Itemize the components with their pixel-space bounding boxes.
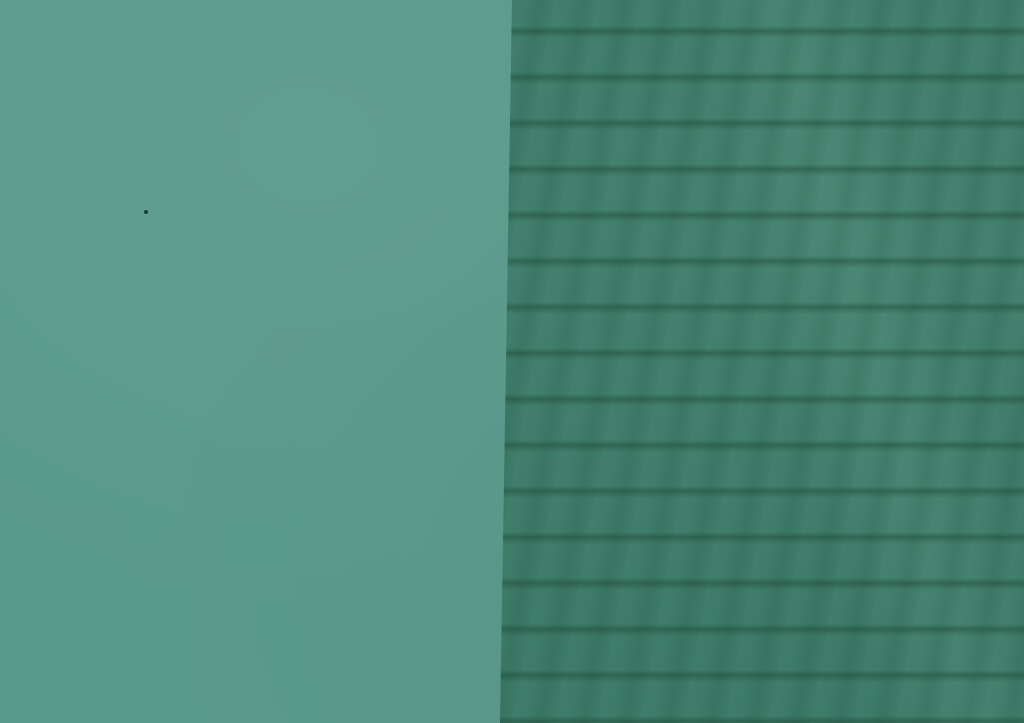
dark-speck xyxy=(144,210,148,214)
